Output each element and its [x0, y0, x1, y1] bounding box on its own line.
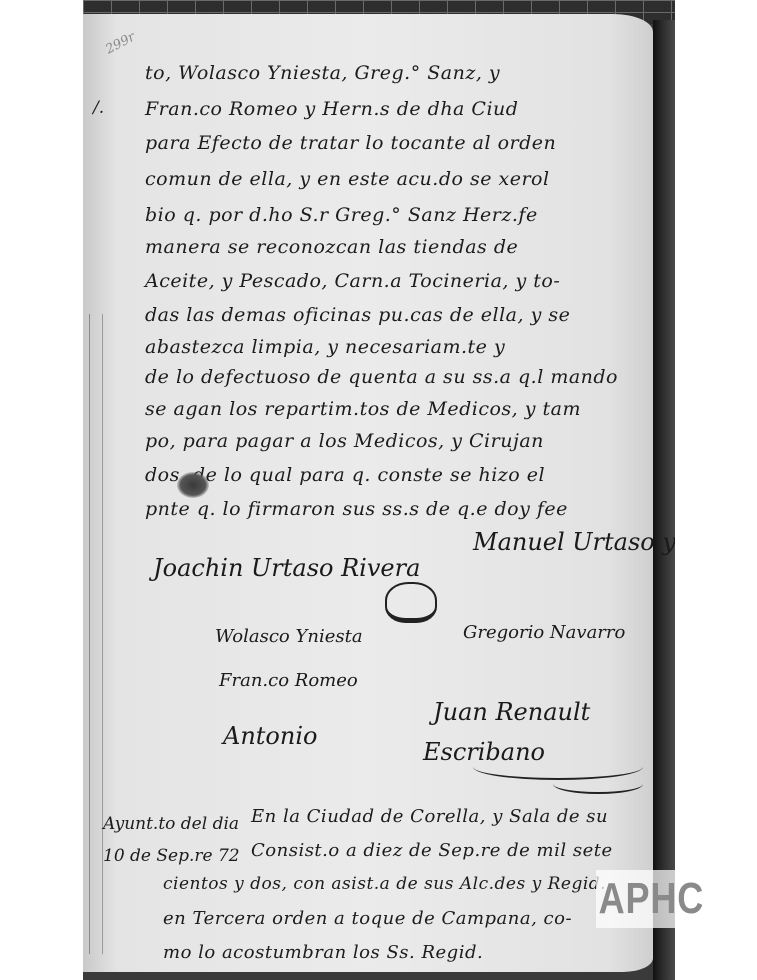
signature-manuel-urtaso: Manuel Urtaso y Rincon: [473, 528, 675, 556]
body-line: abastezca limpia, y necesariam.te y: [145, 336, 505, 358]
rubric-seal: [385, 582, 437, 623]
body-line: pnte q. lo firmaron sus ss.s de q.e doy …: [145, 498, 568, 520]
body-line: das las demas oficinas pu.cas de ella, y…: [145, 304, 570, 326]
manuscript-page: 299r to, Wolasco Yniesta, Greg.° Sanz, y…: [83, 14, 653, 972]
manuscript-scan: 299r to, Wolasco Yniesta, Greg.° Sanz, y…: [83, 0, 675, 980]
book-spine: [653, 20, 675, 980]
body-line: se agan los repartim.tos de Medicos, y t…: [145, 398, 581, 420]
signature-flourish: [553, 774, 643, 794]
watermark-text: APHC: [598, 874, 704, 924]
margin-note-line: Ayunt.to del dia: [103, 814, 239, 834]
entry-line: cientos y dos, con asist.a de sus Alc.de…: [163, 874, 606, 894]
margin-note-line: 10 de Sep.re 72: [103, 846, 240, 866]
folio-number: 299r: [103, 30, 137, 58]
body-line: comun de ella, y en este acu.do se xerol: [145, 168, 550, 190]
signature-antonio: Antonio: [223, 722, 317, 750]
signature-joachin-urtaso: Joachin Urtaso Rivera: [153, 554, 420, 582]
entry-line: mo lo acostumbran los Ss. Regid.: [163, 942, 483, 963]
signature-juan-renault: Juan Renault: [433, 698, 590, 726]
body-line: Fran.co Romeo y Hern.s de dha Ciud: [145, 98, 518, 120]
entry-line: Consist.o a diez de Sep.re de mil sete: [251, 840, 613, 861]
body-line: to, Wolasco Yniesta, Greg.° Sanz, y: [145, 62, 500, 84]
archive-watermark: APHC: [596, 870, 706, 928]
body-line: Aceite, y Pescado, Carn.a Tocineria, y t…: [145, 270, 560, 292]
entry-line: En la Ciudad de Corella, y Sala de su: [251, 806, 608, 827]
body-line: de lo defectuoso de quenta a su ss.a q.l…: [145, 366, 618, 388]
body-line: para Efecto de tratar lo tocante al orde…: [145, 132, 556, 154]
signature-wolasco-yniesta: Wolasco Yniesta: [215, 626, 363, 647]
body-line: manera se reconozcan las tiendas de: [145, 236, 518, 258]
body-line: po, para pagar a los Medicos, y Cirujan: [145, 430, 544, 452]
ink-blot: [177, 472, 209, 498]
entry-line: en Tercera orden a toque de Campana, co-: [163, 908, 572, 929]
signature-francisco-romeo: Fran.co Romeo: [219, 670, 358, 691]
margin-mark: /.: [93, 98, 104, 118]
page-edge-lines: [89, 314, 103, 954]
body-line: bio q. por d.ho S.r Greg.° Sanz Herz.fe: [145, 204, 538, 226]
signature-gregorio-navarro: Gregorio Navarro: [463, 622, 625, 643]
